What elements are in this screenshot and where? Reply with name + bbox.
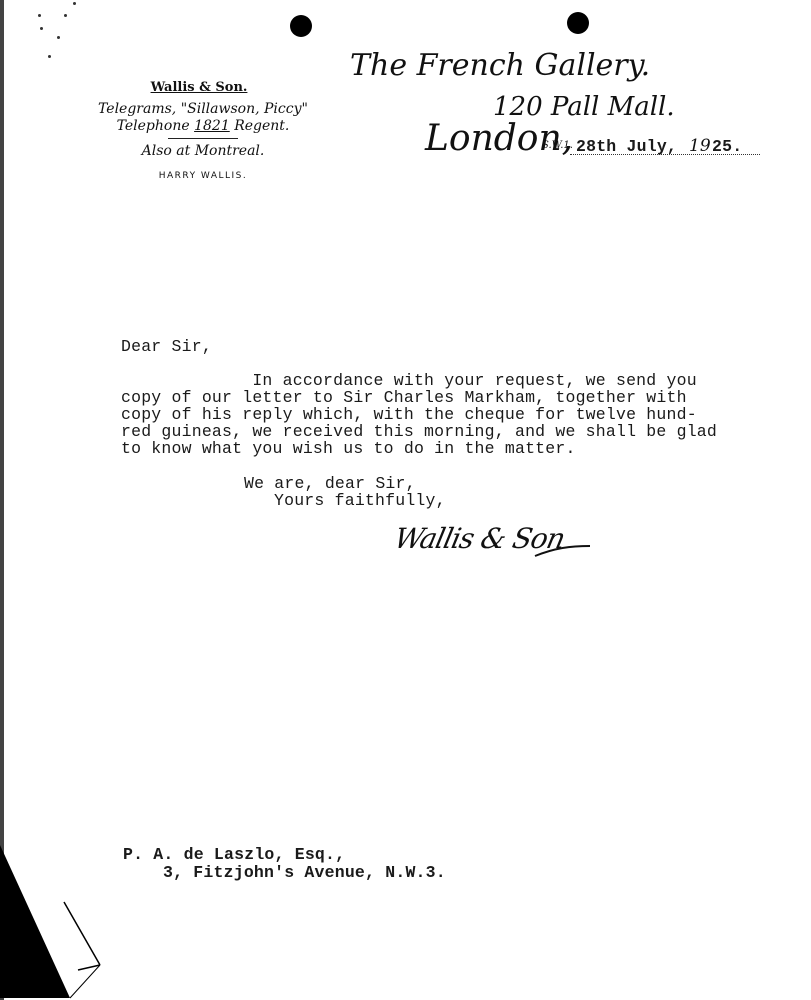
letterhead-left: Wallis & Son. Telegrams, "Sillawson, Pic…	[88, 80, 318, 181]
punch-hole-left	[290, 15, 312, 37]
dateline: London, S.W.1. 28th July, 19 25.	[425, 118, 760, 160]
date-year-printed: 19	[689, 136, 711, 156]
proprietor-name: Harry Wallis.	[88, 171, 318, 181]
letter-body: In accordance with your request, we send…	[121, 372, 717, 457]
signature-flourish-icon	[395, 518, 595, 568]
firm-name: Wallis & Son.	[80, 80, 318, 95]
gallery-postcode: S.W.1.	[542, 140, 573, 151]
telephone-line: Telephone 1821 Regent.	[88, 118, 318, 134]
telephone-prefix: Telephone	[117, 118, 190, 134]
signature: Wallis & Son	[395, 518, 595, 568]
body-line: to know what you wish us to do in the ma…	[121, 440, 717, 457]
header-divider	[168, 138, 238, 139]
date-year-typed: 25.	[712, 138, 742, 155]
body-line: copy of his reply which, with the cheque…	[121, 406, 717, 423]
gallery-city: London,	[425, 118, 573, 159]
body-line: copy of our letter to Sir Charles Markha…	[121, 389, 717, 406]
body-line: In accordance with your request, we send…	[121, 372, 717, 389]
recipient-address: 3, Fitzjohn's Avenue, N.W.3.	[163, 864, 446, 881]
telephone-number: 1821	[194, 118, 230, 134]
punch-hole-right	[567, 12, 589, 34]
telephone-suffix: Regent.	[234, 118, 289, 134]
telegrams-line: Telegrams, "Sillawson, Piccy"	[88, 101, 318, 117]
closing-line-1: We are, dear Sir,	[244, 475, 416, 492]
folded-corner-artifact	[0, 820, 120, 1000]
salutation: Dear Sir,	[121, 338, 212, 355]
date-day: 28th July,	[576, 138, 677, 155]
also-at-line: Also at Montreal.	[88, 143, 318, 159]
body-line: red guineas, we received this morning, a…	[121, 423, 717, 440]
gallery-name: The French Gallery.	[350, 48, 650, 83]
recipient-name: P. A. de Laszlo, Esq.,	[123, 846, 345, 863]
closing-line-2: Yours faithfully,	[274, 492, 446, 509]
